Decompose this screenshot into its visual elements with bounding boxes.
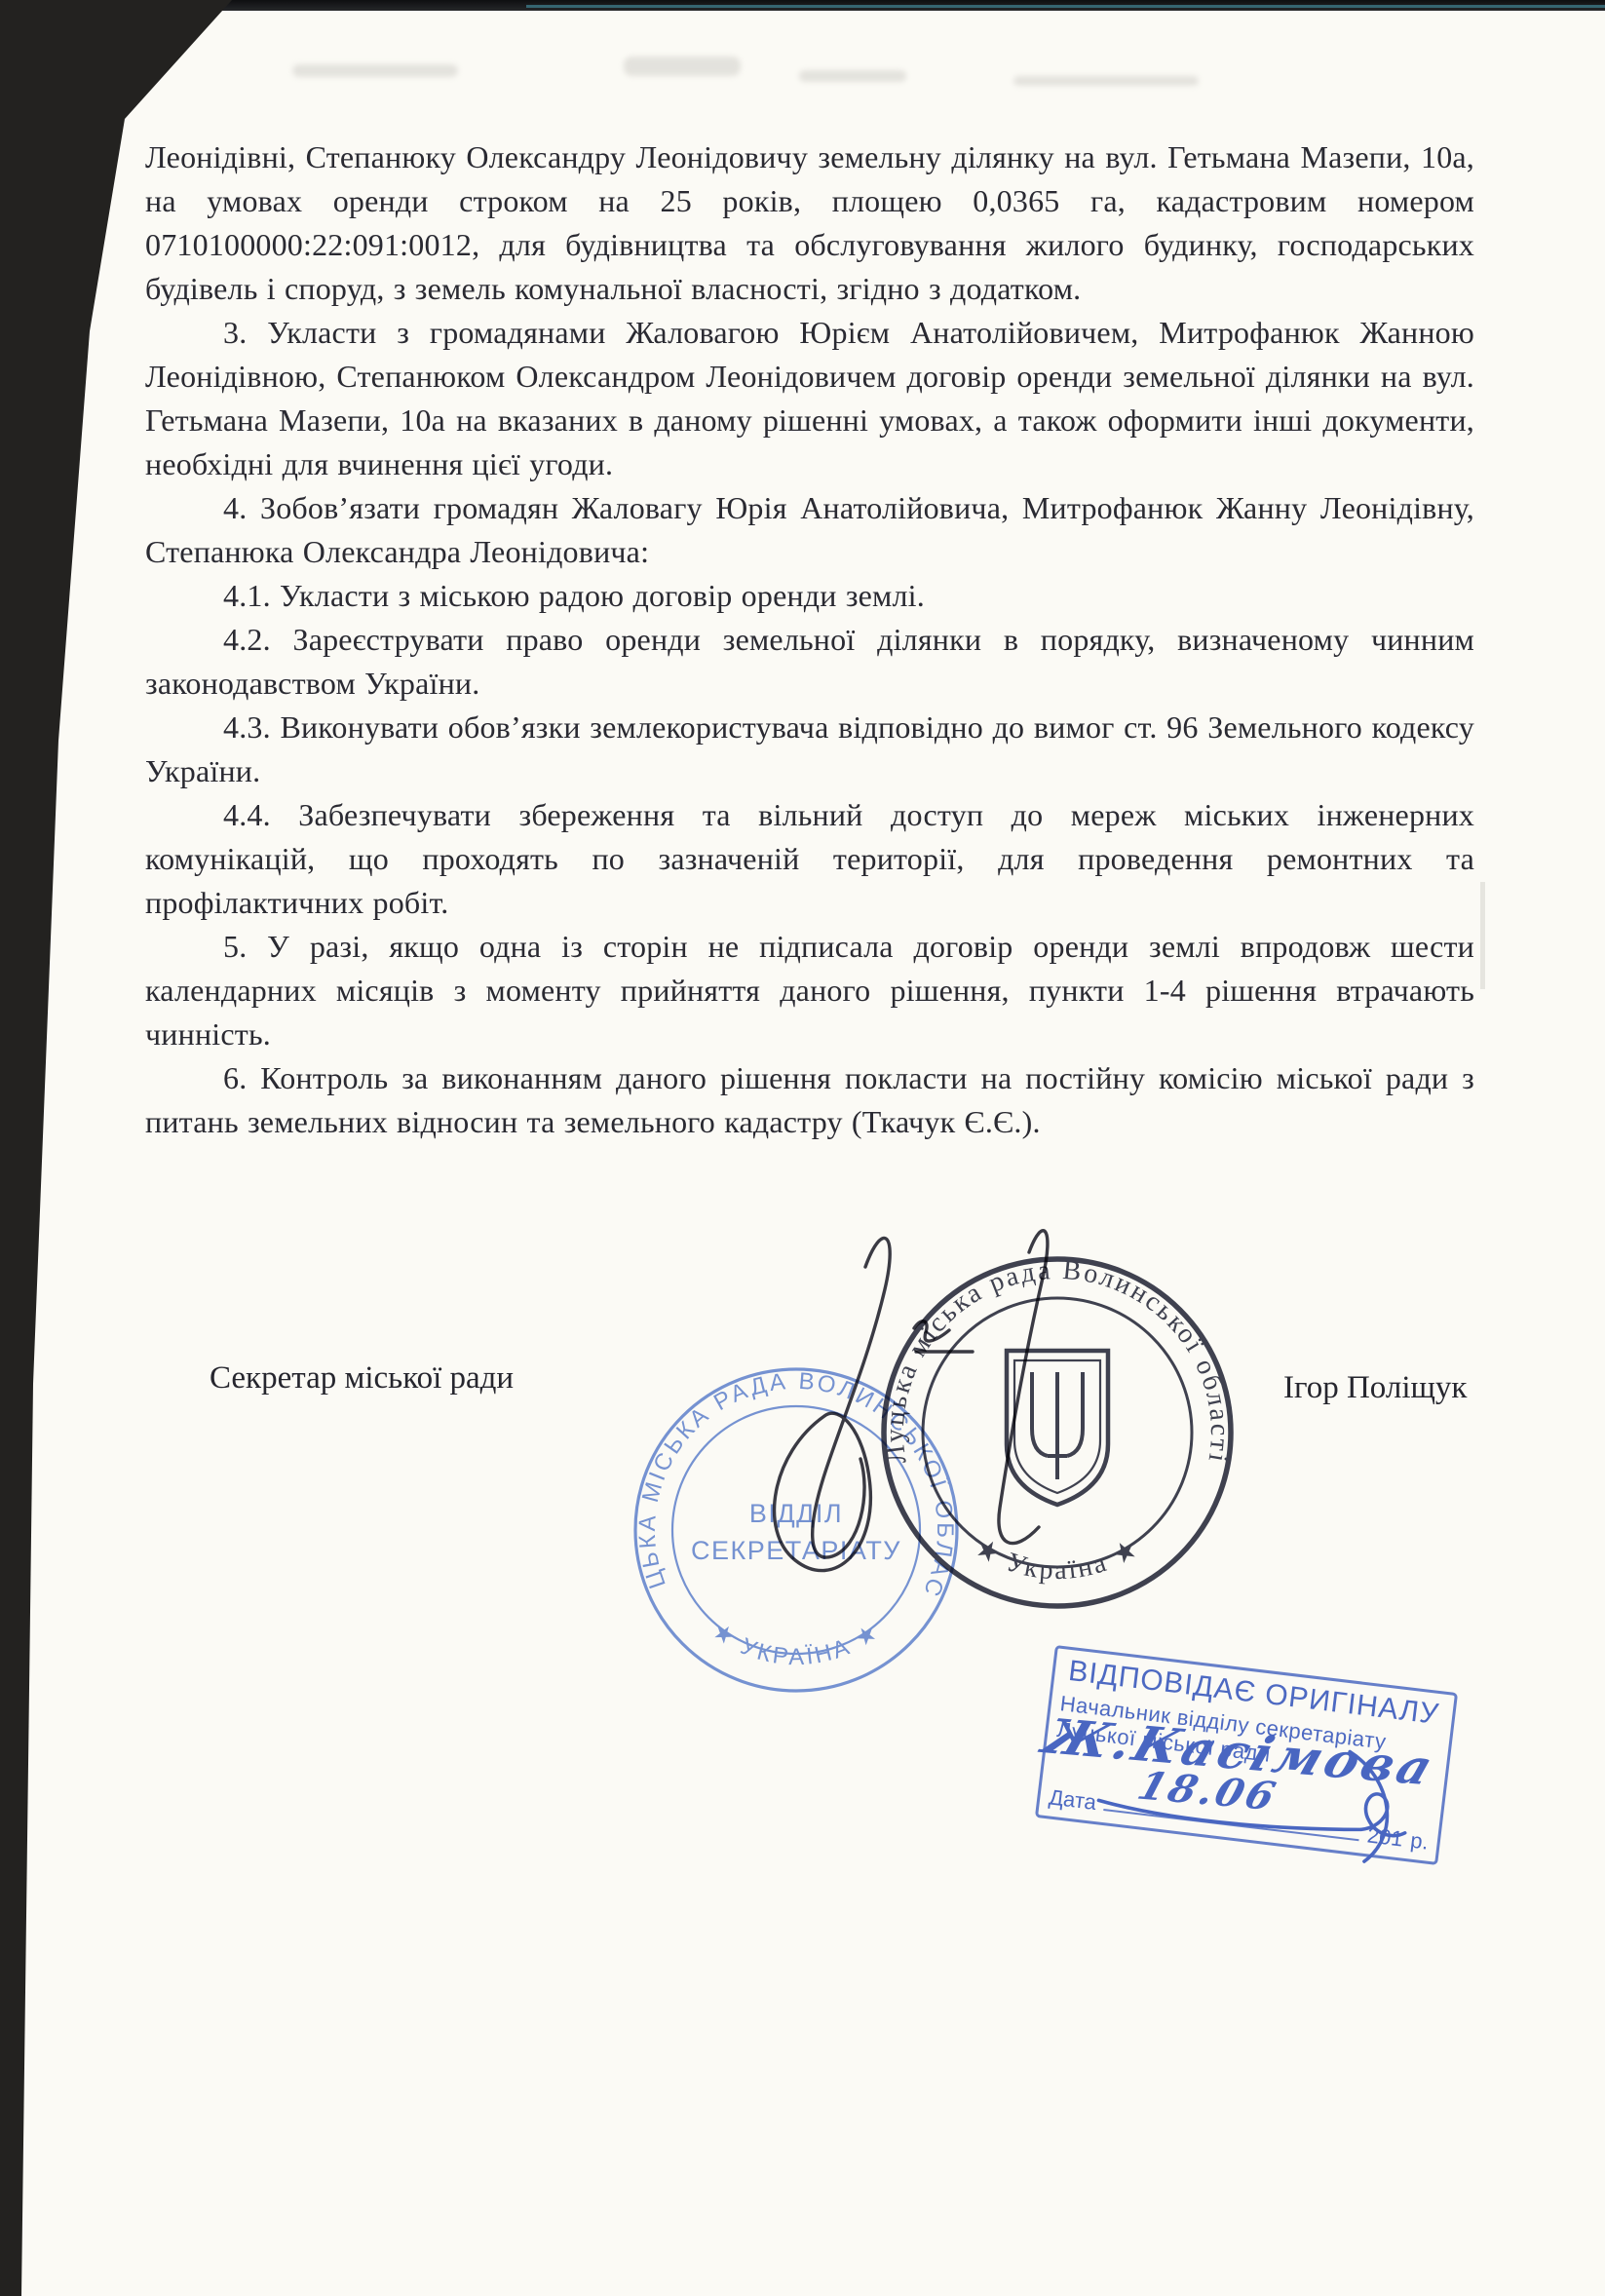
paragraph-item-5: 5. У разі, якщо одна із сторін не підпис…: [145, 925, 1474, 1056]
signatory-title: Секретар міської ради: [210, 1360, 514, 1397]
scan-crease: [1480, 882, 1485, 989]
certification-rect-stamp: ВІДПОВІДАЄ ОРИГІНАЛУ Начальник відділу с…: [1035, 1645, 1458, 1865]
scanned-document-page: Леонідівні, Степанюку Олександру Леонідо…: [0, 0, 1605, 2296]
scan-smudge: [292, 64, 458, 77]
scan-smudge: [1013, 76, 1199, 86]
signatory-name: Ігор Поліщук: [1283, 1370, 1467, 1406]
paragraph-item-4-2: 4.2. Зареєструвати право оренди земельно…: [145, 618, 1474, 706]
date-label: Дата: [1048, 1784, 1097, 1816]
scan-smudge: [624, 57, 741, 76]
document-body: Леонідівні, Степанюку Олександру Леонідо…: [145, 135, 1474, 1144]
scan-smudge: [799, 70, 906, 82]
paragraph-item-6: 6. Контроль за виконанням даного рішення…: [145, 1056, 1474, 1144]
year-printed: 201: [1366, 1822, 1405, 1852]
paragraph-continuation: Леонідівні, Степанюку Олександру Леонідо…: [145, 135, 1474, 311]
secretary-ink-signature: [750, 1213, 1082, 1632]
paragraph-item-4-4: 4.4. Забезпечувати збереження та вільний…: [145, 793, 1474, 925]
paragraph-item-4: 4. Зобов’язати громадян Жаловагу Юрія Ан…: [145, 486, 1474, 574]
year-suffix: р.: [1409, 1828, 1430, 1856]
scan-edge-top-line: [526, 5, 1605, 8]
paragraph-item-3: 3. Укласти з громадянами Жаловагою Юрієм…: [145, 311, 1474, 486]
paragraph-item-4-1: 4.1. Укласти з міською радою договір оре…: [145, 574, 1474, 618]
paragraph-item-4-3: 4.3. Виконувати обов’язки землекористува…: [145, 706, 1474, 793]
